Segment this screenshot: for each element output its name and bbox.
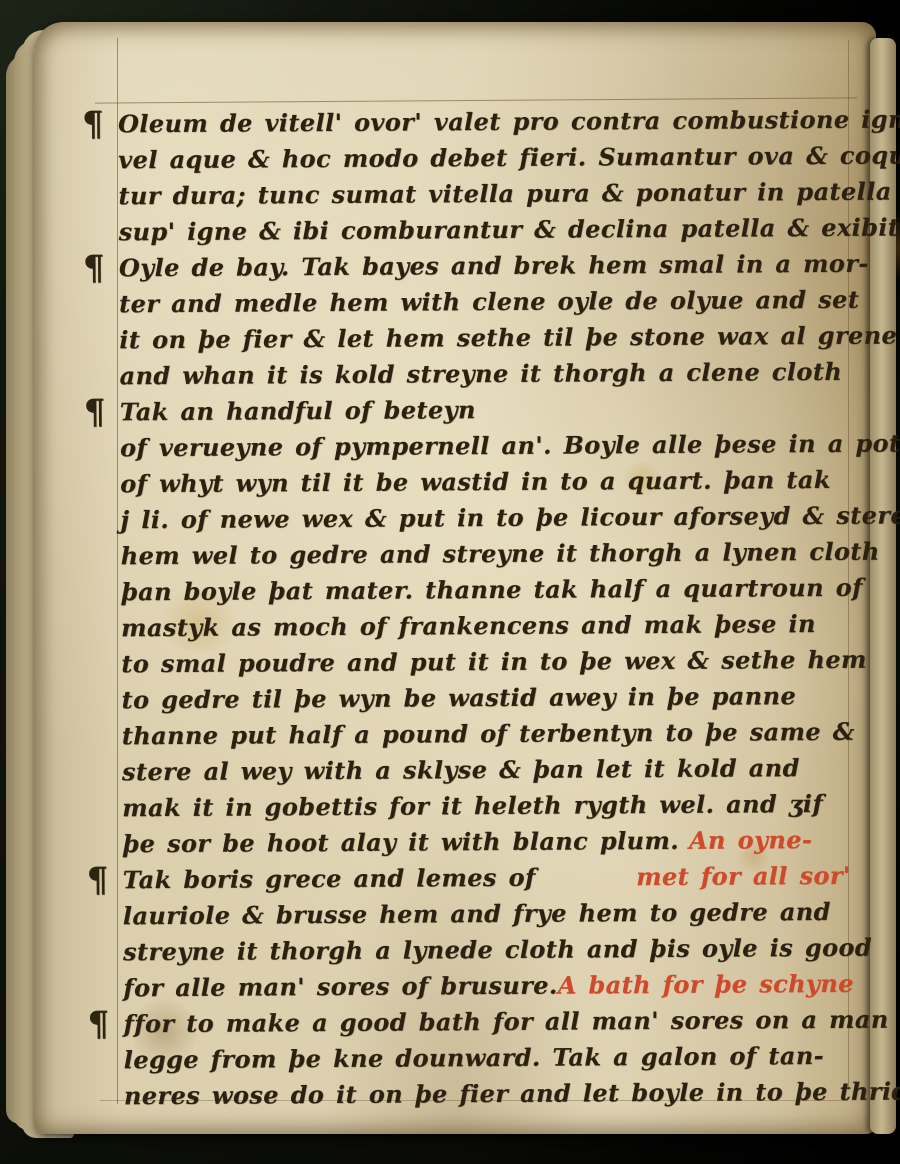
text-line: tur dura; tunc sumat vitella pura & pona… [118,174,860,215]
paragraph-mark: ¶ [87,860,117,900]
text-line: þan boyle þat mater. thanne tak half a q… [121,570,863,611]
text-line: it on þe fier & let hem sethe til þe sto… [119,318,861,359]
rubric-text: met for all sor' [636,858,851,895]
text-line: to smal poudre and put it in to þe wex &… [121,642,863,683]
paragraph-mark: ¶ [82,104,112,144]
text-run: þe sor be hoot alay it with blanc plum. [122,823,679,862]
paragraph-oleum: ¶ Oleum de vitell' ovor' valet pro contr… [118,102,861,251]
text-line: stere al wey with a sklyse & þan let it … [122,750,864,791]
text-line: þe sor be hoot alay it with blanc plum. … [122,822,864,863]
paragraph-mark: ¶ [87,1004,117,1044]
text-line: mastyk as moch of frankencens and mak þe… [121,606,863,647]
paragraph-mark: ¶ [83,248,113,288]
text-line: Tak boris grece and lemes of met for all… [123,858,865,899]
text-line: legge from þe kne dounward. Tak a galon … [124,1038,866,1079]
text-line: for alle man' sores of brusure. A bath f… [123,966,865,1007]
rubric-text: A bath for þe schyne [558,966,854,1004]
text-line: mak it in gobettis for it heleth rygth w… [122,786,864,827]
text-line: ffor to make a good bath for all man' so… [123,1002,865,1043]
text-line: of verueyne of pympernell an'. Boyle all… [120,426,862,467]
paragraph-bath-tanneres-wose: ¶ ffor to make a good bath for all man' … [123,1002,866,1115]
paragraph-beteyn-salve: ¶ Tak an handful of beteyn of verueyne o… [120,390,865,863]
text-line: Tak an handful of beteyn [120,390,862,431]
text-run: Tak boris grece and lemes of [123,860,536,899]
text-line: neres wose do it on þe fier and let boyl… [124,1074,866,1115]
text-line: thanne put half a pound of terbentyn to … [122,714,864,755]
paragraph-oyle-de-bay: ¶ Oyle de bay. Tak bayes and brek hem sm… [119,246,862,395]
text-line: Oyle de bay. Tak bayes and brek hem smal… [119,246,861,287]
paragraph-mark: ¶ [84,392,114,432]
paragraph-boris-grece: ¶ Tak boris grece and lemes of met for a… [123,858,866,1007]
text-line: lauriole & brusse hem and frye hem to ge… [123,894,865,935]
text-line: and whan it is kold streyne it thorgh a … [119,354,861,395]
text-line: hem wel to gedre and streyne it thorgh a… [121,534,863,575]
text-line: sup' igne & ibi comburantur & declina pa… [119,210,861,251]
text-line: of whyt wyn til it be wastid in to a qua… [120,462,862,503]
text-block: ¶ Oleum de vitell' ovor' valet pro contr… [118,102,866,1115]
text-line: Oleum de vitell' ovor' valet pro contra … [118,102,860,143]
text-line: streyne it thorgh a lynede cloth and þis… [123,930,865,971]
text-line: j li. of newe wex & put in to þe licour … [120,498,862,539]
text-run: for alle man' sores of brusure. [123,968,558,1007]
text-line: vel aque & hoc modo debet fieri. Sumantu… [118,138,860,179]
text-line: to gedre til þe wyn be wastid awey in þe… [121,678,863,719]
rubric-text: An oyne- [689,822,812,859]
text-line: ter and medle hem with clene oyle de oly… [119,282,861,323]
